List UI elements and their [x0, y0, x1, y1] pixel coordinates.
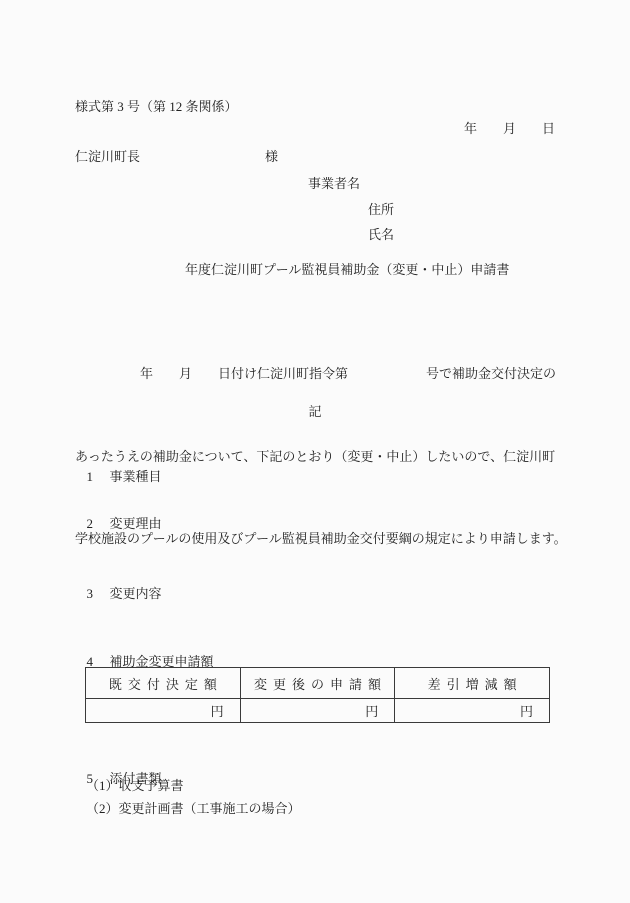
- address-label: 住所: [368, 202, 394, 217]
- date-line: 年 月 日: [464, 121, 555, 136]
- header-amount-after-change: 変更後の申請額: [240, 668, 395, 699]
- addressee-honorific: 様: [265, 149, 278, 164]
- cell-after-change-yen: 円: [240, 699, 395, 723]
- item-label: 変更理由: [110, 516, 162, 531]
- table-header-row: 既交付決定額 変更後の申請額 差引増減額: [86, 668, 550, 699]
- business-name-label: 事業者名: [308, 176, 360, 191]
- item-business-type: 1事業種目: [80, 454, 162, 484]
- cell-difference-yen: 円: [395, 699, 550, 723]
- subsidy-amount-table: 既交付決定額 変更後の申請額 差引増減額 円 円 円: [85, 667, 550, 723]
- item-number: 2: [87, 516, 110, 531]
- header-difference-amount: 差引増減額: [395, 668, 550, 699]
- name-label: 氏名: [368, 227, 394, 242]
- item-number: 3: [87, 586, 110, 601]
- item-label: 事業種目: [110, 469, 162, 484]
- cell-existing-grant-yen: 円: [86, 699, 241, 723]
- document-title: 年度仁淀川町プール監視員補助金（変更・中止）申請書: [185, 262, 509, 277]
- header-existing-grant-amount: 既交付決定額: [86, 668, 241, 699]
- item-label: 変更内容: [110, 586, 162, 601]
- attachment-budget-statement: （1）収支予算書: [86, 778, 184, 793]
- form-number: 様式第 3 号（第 12 条関係）: [75, 99, 238, 114]
- paragraph-line-1: 年 月 日付け仁淀川町指令第 号で補助金交付決定の: [75, 360, 569, 388]
- item-change-details: 3変更内容: [80, 571, 162, 601]
- addressee-name: 仁淀川町長: [75, 149, 140, 164]
- item-subsidy-change-amount: 4補助金変更申請額: [80, 639, 214, 669]
- item-change-reason: 2変更理由: [80, 501, 162, 531]
- application-body-paragraph: 年 月 日付け仁淀川町指令第 号で補助金交付決定の あったうえの補助金について、…: [75, 305, 569, 580]
- record-mark: 記: [75, 404, 555, 419]
- attachment-change-plan: （2）変更計画書（工事施工の場合）: [86, 801, 301, 816]
- item-number: 1: [87, 469, 110, 484]
- table-value-row: 円 円 円: [86, 699, 550, 723]
